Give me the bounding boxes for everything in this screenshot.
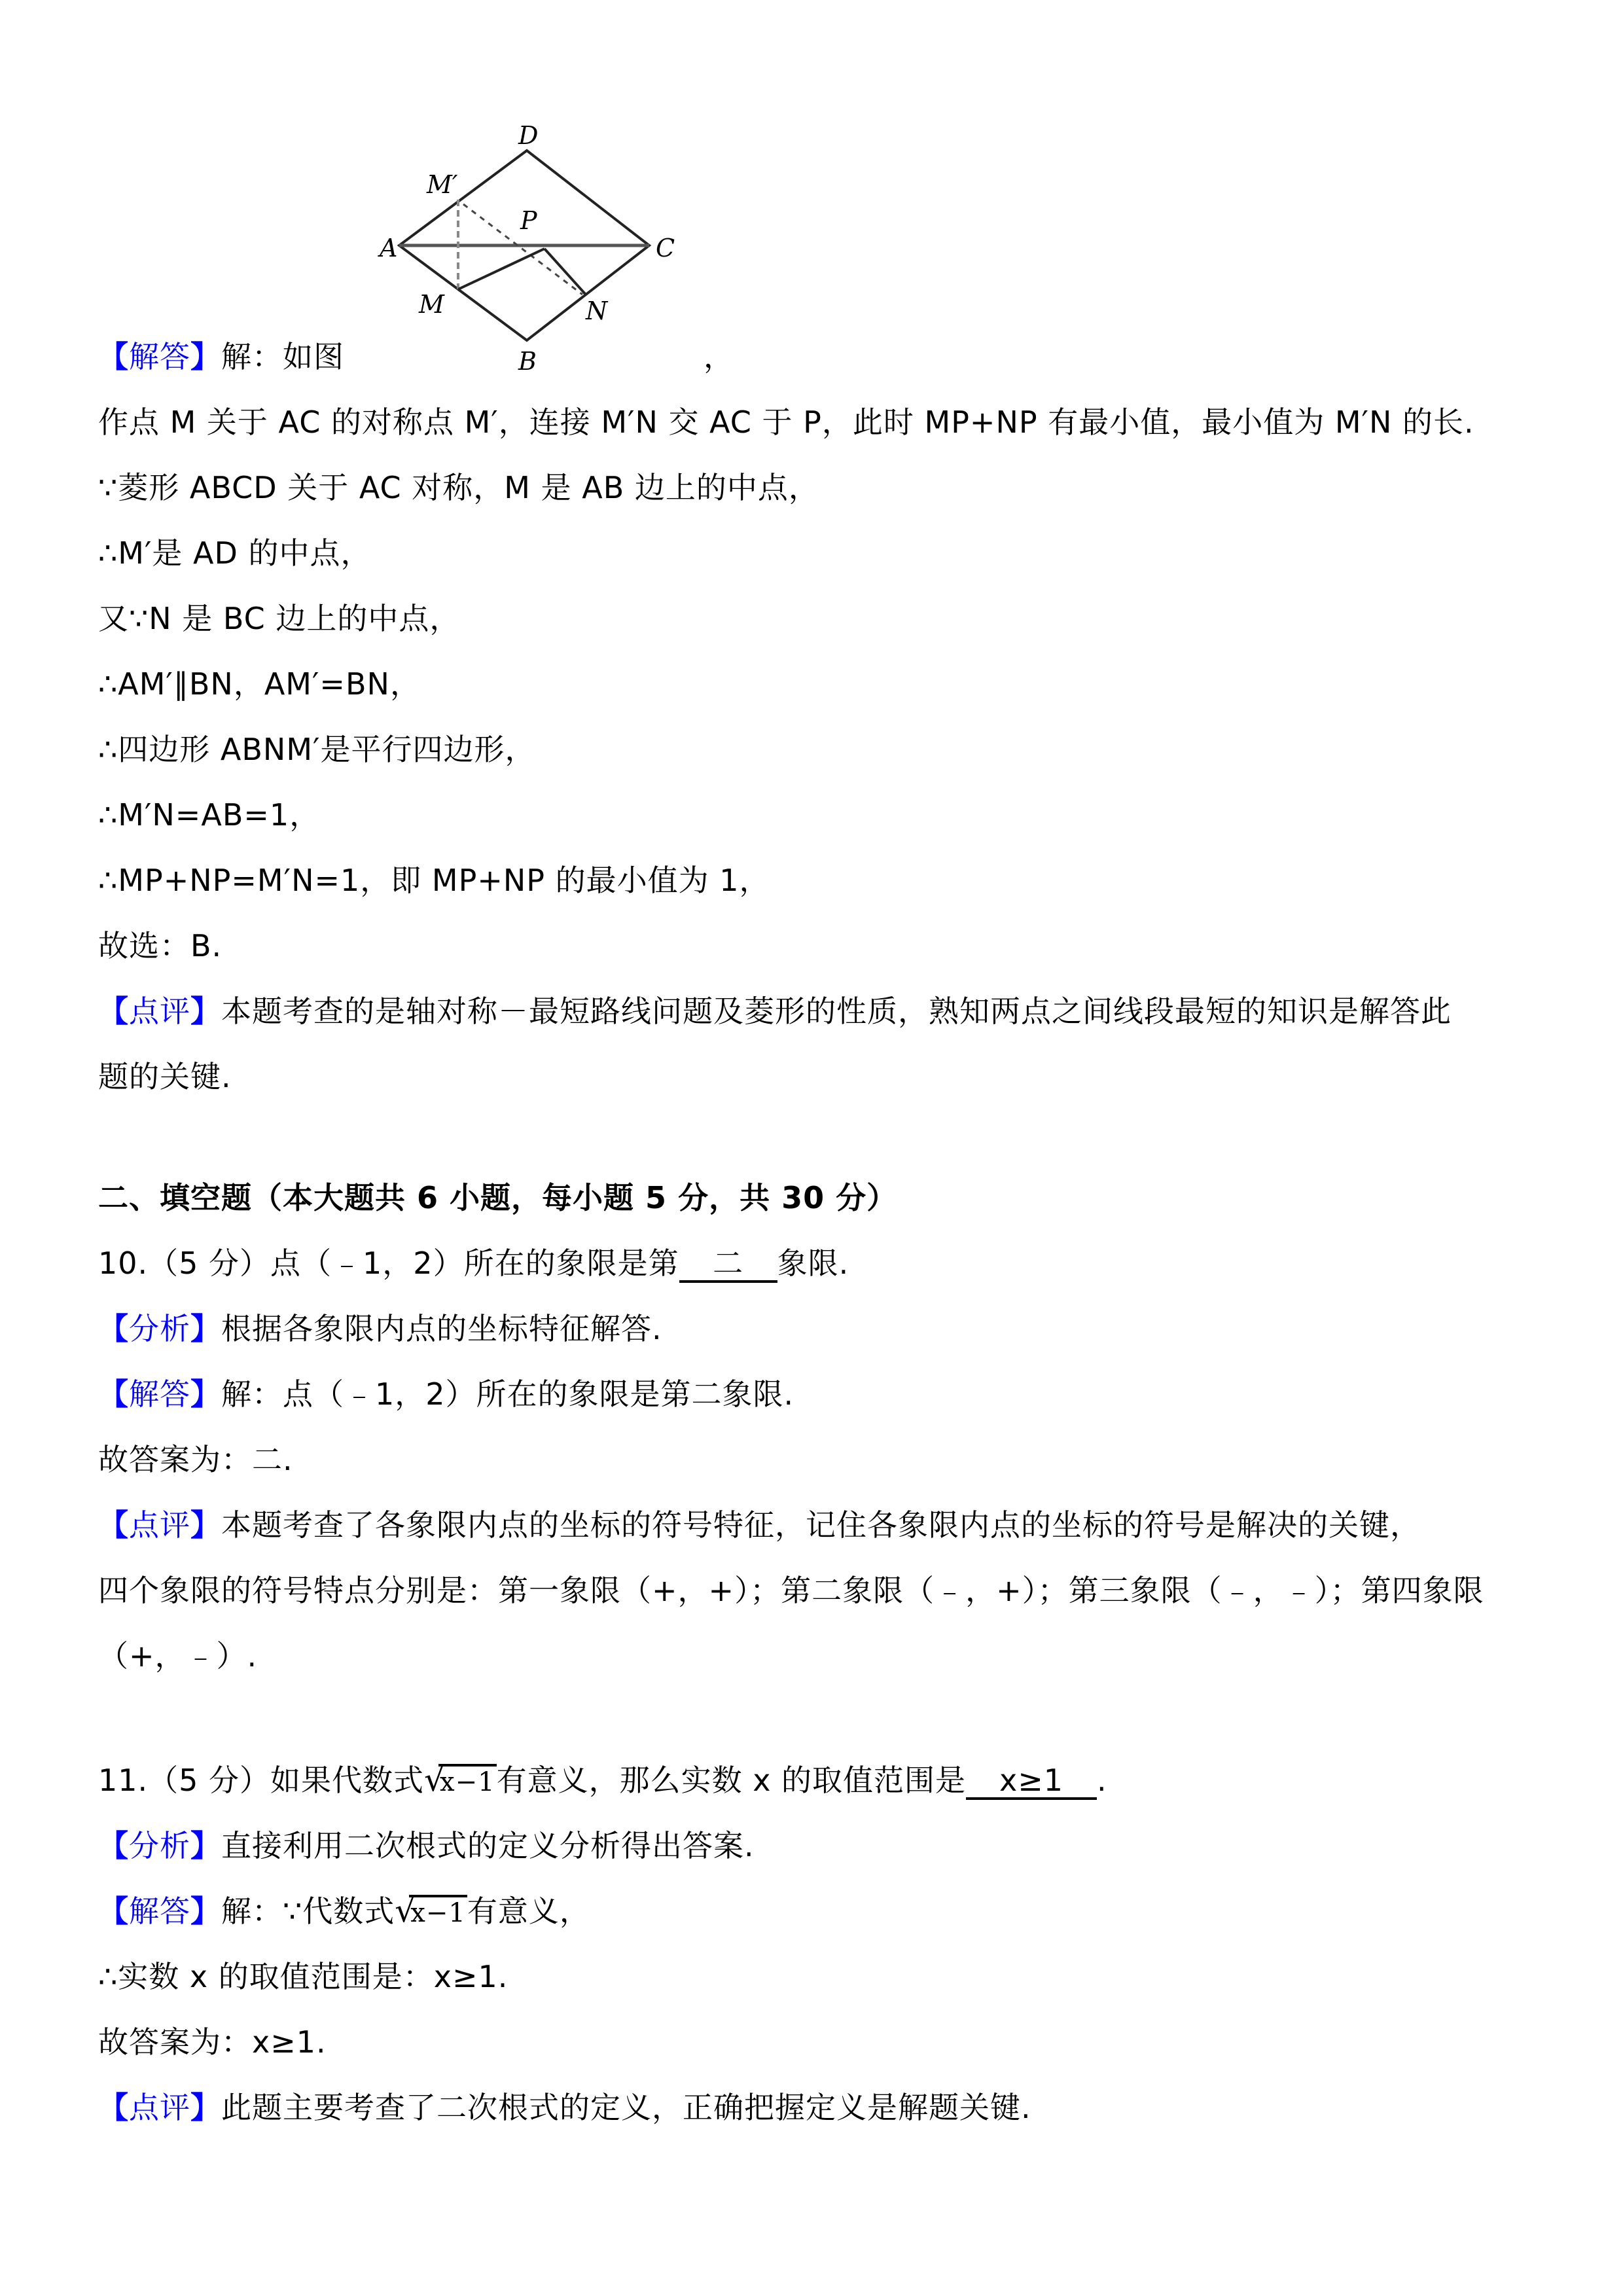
analysis-tag: 分析 — [129, 1828, 190, 1863]
q9-comment-cont: 题的关键. — [98, 1057, 232, 1096]
q10-analysis: 【分析】根据各象限内点的坐标特征解答. — [98, 1309, 662, 1348]
comment-tag: 点评 — [129, 994, 190, 1029]
label-a: A — [378, 234, 397, 262]
sqrt-expression: √x−1 — [395, 1892, 467, 1931]
comment-text: 本题考查了各象限内点的坐标的符号特征，记住各象限内点的坐标的符号是解决的关键， — [221, 1507, 1421, 1543]
comment-tag: 点评 — [129, 2090, 190, 2125]
q9-solution-intro: 【解答】解：如图， — [98, 337, 344, 376]
q9-line-6: ∴四边形 ABNM′是平行四边形， — [98, 730, 535, 769]
q9-line-7: ∴M′N=AB=1， — [98, 795, 320, 834]
q11-final: 故答案为：x≥1. — [98, 2022, 327, 2062]
q11-analysis: 【分析】直接利用二次根式的定义分析得出答案. — [98, 1826, 755, 1865]
solution-tag: 解答 — [129, 1376, 190, 1412]
comment-text: 此题主要考查了二次根式的定义，正确把握定义是解题关键. — [221, 2090, 1031, 2125]
q11-stem-mid: 有意义，那么实数 x 的取值范围是 — [497, 1763, 966, 1798]
comment-tag: 点评 — [129, 1507, 190, 1543]
rhombus-diagram: A D C B M′ M N P — [353, 105, 707, 380]
analysis-tag: 分析 — [129, 1311, 190, 1346]
radical-icon: √ — [395, 1893, 416, 1928]
solution-text-end: 有意义， — [467, 1893, 590, 1929]
radicand: x−1 — [409, 1895, 467, 1929]
q10-answer-blank: 二 — [679, 1246, 777, 1283]
q9-line-1: 作点 M 关于 AC 的对称点 M′，连接 M′N 交 AC 于 P，此时 MP… — [98, 403, 1474, 442]
q9-line-4: 又∵N 是 BC 边上的中点， — [98, 599, 460, 638]
q10-stem-text: 10.（5 分）点（﹣1，2）所在的象限是第 — [98, 1246, 679, 1281]
q11-stem: 11.（5 分）如果代数式√x−1有意义，那么实数 x 的取值范围是x≥1. — [98, 1761, 1107, 1800]
q9-comment: 【点评】本题考查的是轴对称－最短路线问题及菱形的性质，熟知两点之间线段最短的知识… — [98, 992, 1452, 1031]
sqrt-expression: √x−1 — [424, 1761, 497, 1800]
bracket-close: 】 — [190, 339, 221, 374]
q9-line-9: 故选：B. — [98, 926, 222, 965]
section-heading: 二、填空题（本大题共 6 小题，每小题 5 分，共 30 分） — [98, 1178, 897, 1217]
q9-line-2: ∵菱形 ABCD 关于 AC 对称，M 是 AB 边上的中点， — [98, 468, 819, 507]
label-n: N — [585, 296, 609, 325]
q10-final: 故答案为：二. — [98, 1440, 293, 1479]
document-page: A D C B M′ M N P 【解答】解：如图， 作点 M 关于 AC 的对… — [0, 0, 1623, 2296]
solution-text: 解：∵代数式 — [221, 1893, 395, 1929]
q11-answer-blank: x≥1 — [966, 1763, 1097, 1800]
rhombus-figure: A D C B M′ M N P — [353, 105, 707, 380]
q11-stem-text: 11.（5 分）如果代数式 — [98, 1763, 424, 1798]
label-b: B — [518, 347, 537, 376]
bracket-open: 【 — [98, 339, 129, 374]
q10-comment-cont: 四个象限的符号特点分别是：第一象限（+，+）；第二象限（﹣，+）；第三象限（﹣，… — [98, 1571, 1484, 1610]
q10-stem-end: 象限. — [777, 1246, 849, 1281]
q10-comment: 【点评】本题考查了各象限内点的坐标的符号特征，记住各象限内点的坐标的符号是解决的… — [98, 1505, 1421, 1545]
q11-line-2: ∴实数 x 的取值范围是：x≥1. — [98, 1957, 508, 1996]
q9-line-3: ∴M′是 AD 的中点， — [98, 533, 372, 573]
intro-comma: ， — [704, 337, 734, 376]
q11-solution: 【解答】解：∵代数式√x−1有意义， — [98, 1892, 590, 1931]
q10-solution: 【解答】解：点（﹣1，2）所在的象限是第二象限. — [98, 1374, 794, 1414]
solution-tag: 解答 — [129, 339, 190, 374]
q9-line-8: ∴MP+NP=M′N=1，即 MP+NP 的最小值为 1， — [98, 861, 770, 900]
q10-comment-cont-2: （+，﹣）. — [98, 1636, 257, 1676]
radicand: x−1 — [438, 1764, 497, 1798]
q11-stem-end: . — [1097, 1763, 1107, 1798]
analysis-text: 根据各象限内点的坐标特征解答. — [221, 1311, 662, 1346]
label-m-prime: M′ — [426, 170, 458, 199]
q10-stem: 10.（5 分）点（﹣1，2）所在的象限是第二象限. — [98, 1244, 849, 1283]
q9-line-5: ∴AM′∥BN，AM′=BN， — [98, 664, 421, 704]
radical-icon: √ — [424, 1762, 446, 1797]
solution-intro-text: 解：如图 — [221, 339, 344, 374]
q11-comment: 【点评】此题主要考查了二次根式的定义，正确把握定义是解题关键. — [98, 2088, 1031, 2127]
solution-text: 解：点（﹣1，2）所在的象限是第二象限. — [221, 1376, 794, 1412]
label-d: D — [518, 121, 538, 150]
analysis-text: 直接利用二次根式的定义分析得出答案. — [221, 1828, 755, 1863]
label-c: C — [656, 234, 675, 262]
comment-text: 本题考查的是轴对称－最短路线问题及菱形的性质，熟知两点之间线段最短的知识是解答此 — [221, 994, 1452, 1029]
label-m: M — [418, 290, 445, 319]
solution-tag: 解答 — [129, 1893, 190, 1929]
label-p: P — [520, 206, 538, 235]
